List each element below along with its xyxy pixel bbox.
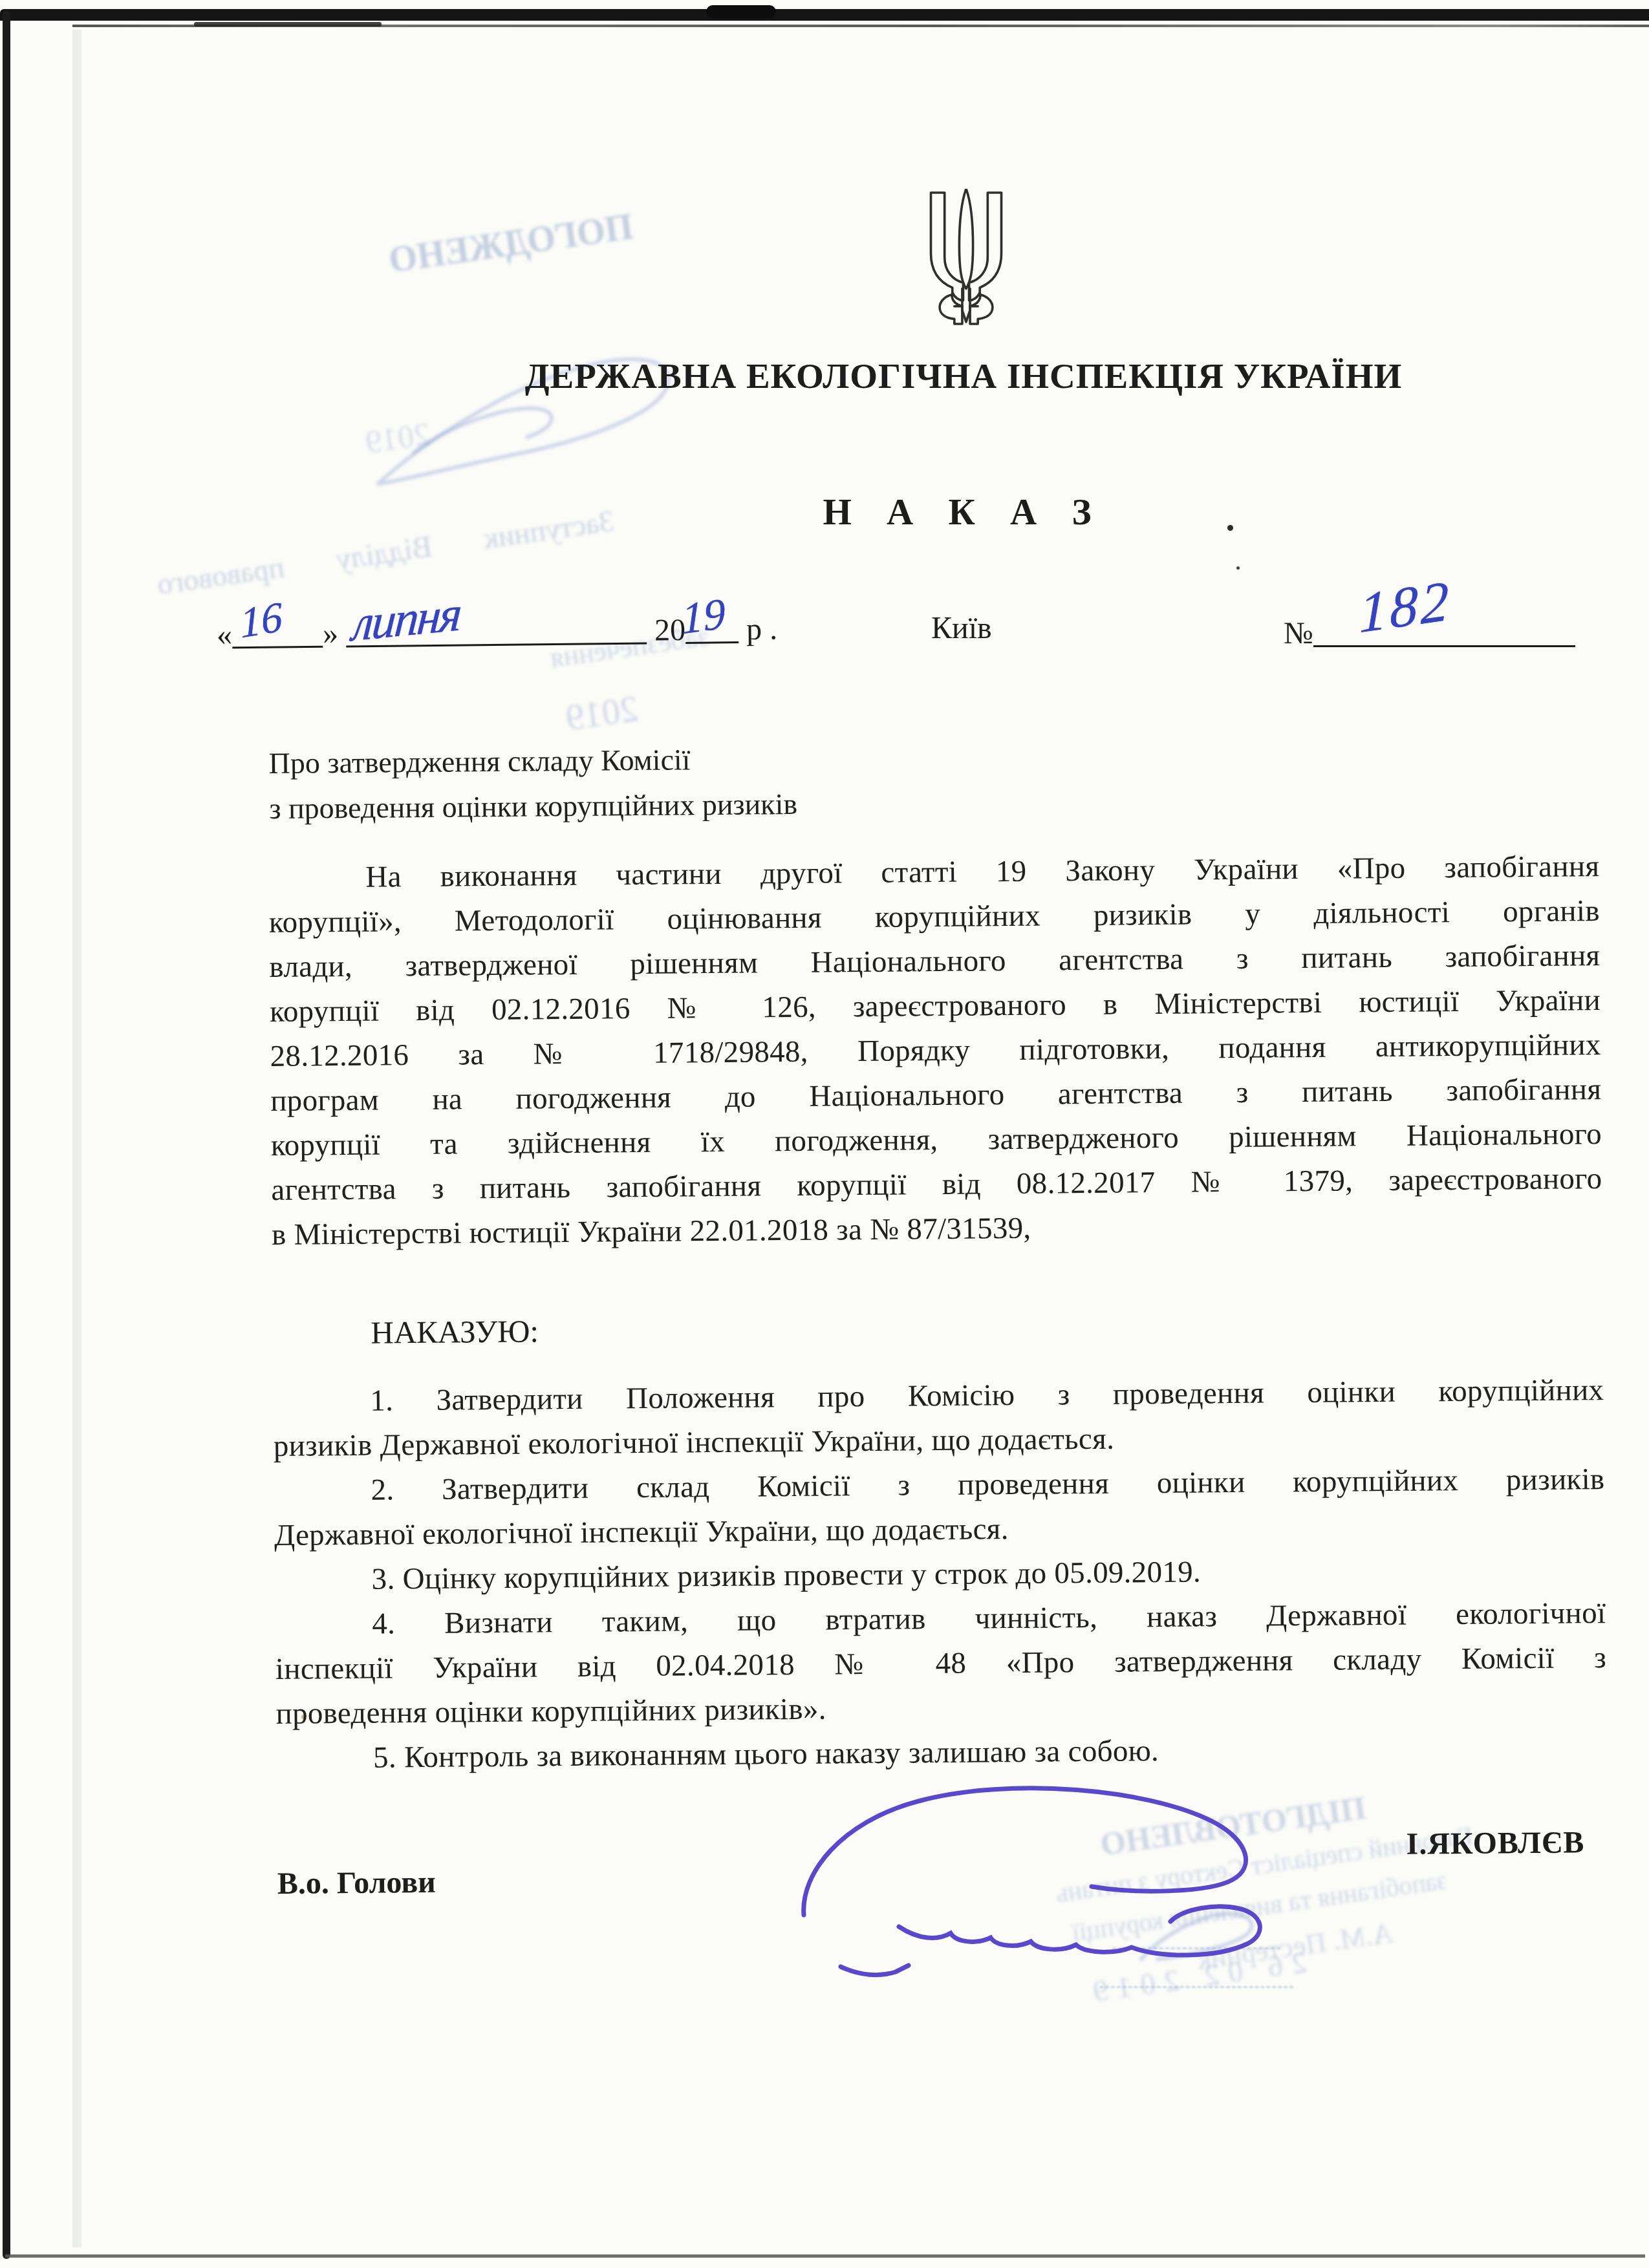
signer-position: В.о. Голови xyxy=(277,1865,436,1901)
subject-line: з проведення оцінки корупційних ризиків xyxy=(269,782,797,831)
document-body: Про затвердження складу Комісії з провед… xyxy=(0,0,1649,2268)
preamble-paragraph: На виконання частини другої статті 19 За… xyxy=(268,844,1602,1257)
signature-row: В.о. Голови І.ЯКОВЛЄВ xyxy=(277,1854,1585,1901)
subject-block: Про затвердження складу Комісії з провед… xyxy=(268,736,797,831)
signer-name: І.ЯКОВЛЄВ xyxy=(1406,1824,1584,1861)
order-items: 1. Затвердити Положення про Комісію з пр… xyxy=(273,1368,1607,1781)
scanned-document-page: ПОГОДЖЕНО Заступник Відділу правового за… xyxy=(0,0,1649,2268)
subject-line: Про затвердження складу Комісії xyxy=(268,736,797,786)
order-word: НАКАЗУЮ: xyxy=(371,1312,539,1351)
